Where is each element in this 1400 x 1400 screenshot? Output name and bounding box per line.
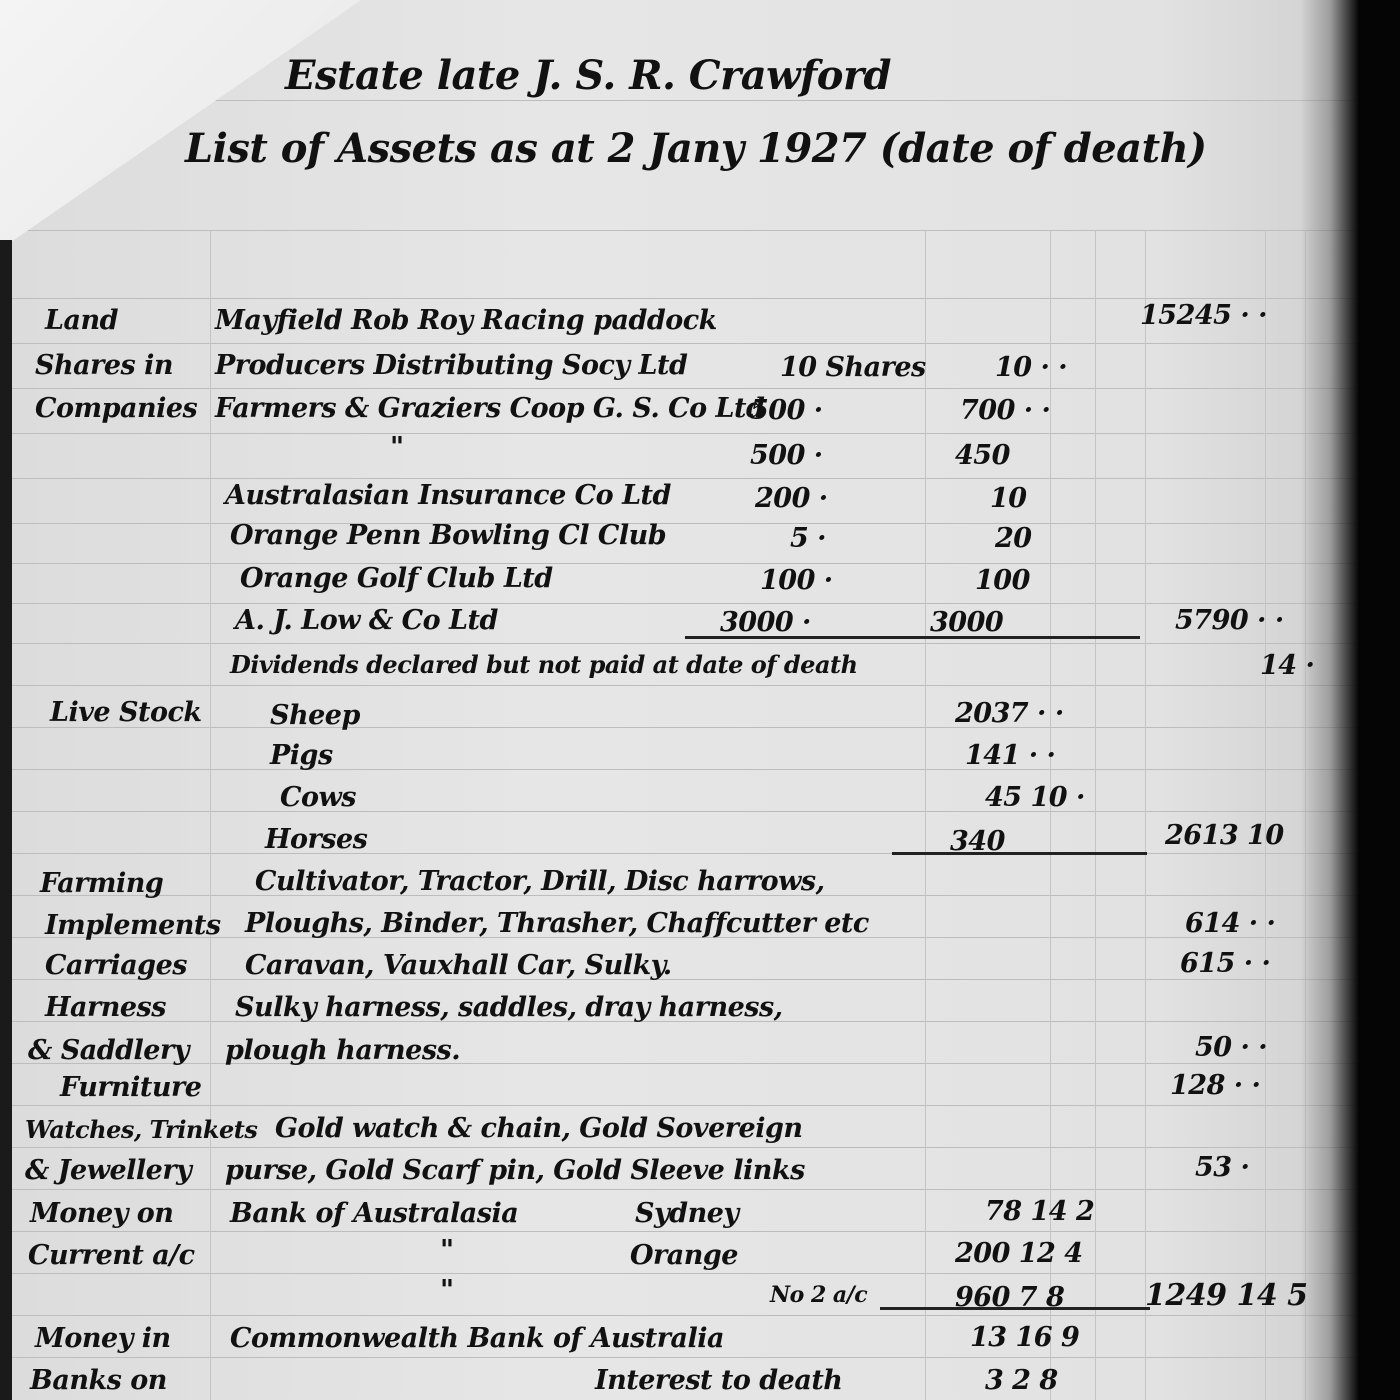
title-line-1: Estate late J. S. R. Crawford: [285, 52, 891, 99]
asset-description: purse, Gold Scarf pin, Gold Sleeve links: [225, 1155, 805, 1186]
asset-total: 50 · ·: [1195, 1032, 1267, 1063]
asset-amount: 141 · ·: [965, 740, 1055, 771]
left-background-strip: [0, 240, 12, 1400]
asset-description: Producers Distributing Socy Ltd: [215, 350, 687, 381]
category-label: Watches, Trinkets: [25, 1115, 257, 1144]
page-edge-shadow: [1300, 0, 1360, 1400]
category-label: & Saddlery: [28, 1035, 189, 1066]
subtotal-rule: [685, 636, 1140, 639]
asset-amount: 20: [995, 523, 1032, 554]
asset-description: Caravan, Vauxhall Car, Sulky.: [245, 950, 672, 981]
branch-name: Sydney: [635, 1198, 739, 1229]
asset-total: 53 ·: [1195, 1152, 1249, 1183]
asset-total: 1249 14 5: [1145, 1278, 1308, 1313]
asset-description: Pigs: [270, 740, 333, 771]
asset-total: 128 · ·: [1170, 1070, 1260, 1101]
asset-amount: 10: [990, 483, 1027, 514]
category-label: Implements: [45, 910, 221, 941]
asset-description: Orange Golf Club Ltd: [240, 563, 553, 594]
asset-amount: 3 2 8: [985, 1365, 1058, 1396]
asset-amount: 13 16 9: [970, 1322, 1079, 1353]
asset-amount: 100: [975, 565, 1030, 596]
asset-total: 5790 · ·: [1175, 605, 1284, 636]
branch-name: Orange: [630, 1240, 738, 1271]
asset-amount: 2037 · ·: [955, 698, 1064, 729]
category-label: Companies: [35, 393, 197, 424]
asset-description: Horses: [265, 824, 367, 855]
asset-amount: 3000: [930, 607, 1003, 638]
asset-description: ": [440, 1235, 454, 1266]
asset-description: Interest to death: [595, 1365, 842, 1396]
asset-description: plough harness.: [225, 1035, 460, 1066]
subtotal-rule: [892, 852, 1147, 855]
category-label: Land: [45, 305, 118, 336]
category-label: Harness: [45, 992, 166, 1023]
asset-quantity: 3000 ·: [720, 607, 811, 638]
title-line-2: List of Assets as at 2 Jany 1927 (date o…: [185, 125, 1207, 172]
asset-quantity: 10 Shares: [780, 352, 926, 383]
asset-description: ": [440, 1275, 454, 1306]
asset-description: Mayfield Rob Roy Racing paddock: [215, 305, 717, 336]
category-label: Banks on: [30, 1365, 167, 1396]
asset-description: Dividends declared but not paid at date …: [230, 650, 858, 679]
asset-description: Sheep: [270, 700, 360, 731]
asset-amount: 200 12 4: [955, 1238, 1083, 1269]
asset-quantity: 5 ·: [790, 523, 826, 554]
asset-description: Farmers & Graziers Coop G. S. Co Ltd: [215, 393, 764, 424]
category-label: Farming: [40, 868, 163, 899]
asset-description: Cultivator, Tractor, Drill, Disc harrows…: [255, 866, 825, 897]
category-label: Shares in: [35, 350, 173, 381]
asset-description: ": [390, 432, 404, 463]
category-label: & Jewellery: [25, 1155, 191, 1186]
right-background-strip: [1360, 0, 1400, 1400]
asset-description: A. J. Low & Co Ltd: [235, 605, 498, 636]
branch-name: No 2 a/c: [770, 1282, 867, 1308]
asset-amount: 450: [955, 440, 1010, 471]
asset-description: Ploughs, Binder, Thrasher, Chaffcutter e…: [245, 908, 869, 939]
asset-amount: 78 14 2: [985, 1196, 1094, 1227]
subtotal-rule: [880, 1307, 1150, 1310]
asset-description: Gold watch & chain, Gold Sovereign: [275, 1113, 802, 1144]
asset-description: Cows: [280, 782, 356, 813]
category-label: Current a/c: [28, 1240, 195, 1271]
category-label: Furniture: [60, 1072, 201, 1103]
asset-description: Sulky harness, saddles, dray harness,: [235, 992, 783, 1023]
asset-description: Bank of Australasia: [230, 1198, 518, 1229]
category-label: Money on: [30, 1198, 173, 1229]
asset-quantity: 200 ·: [755, 483, 828, 514]
ledger-page: Estate late J. S. R. Crawford List of As…: [0, 0, 1360, 1400]
asset-description: Commonwealth Bank of Australia: [230, 1323, 724, 1354]
asset-amount: 700 · ·: [960, 395, 1050, 426]
category-label: Money in: [35, 1323, 171, 1354]
asset-quantity: 100 ·: [760, 565, 833, 596]
asset-total: 15245 · ·: [1140, 300, 1267, 331]
asset-quantity: 500 ·: [750, 395, 823, 426]
category-label: Carriages: [45, 950, 187, 981]
category-label: Live Stock: [50, 697, 202, 728]
asset-description: Australasian Insurance Co Ltd: [225, 480, 671, 511]
asset-amount: 45 10 ·: [985, 782, 1085, 813]
asset-total: 2613 10: [1165, 820, 1284, 851]
asset-quantity: 500 ·: [750, 440, 823, 471]
asset-description: Orange Penn Bowling Cl Club: [230, 520, 666, 551]
asset-total: 615 · ·: [1180, 948, 1270, 979]
asset-amount: 10 · ·: [995, 352, 1067, 383]
asset-total: 614 · ·: [1185, 908, 1275, 939]
